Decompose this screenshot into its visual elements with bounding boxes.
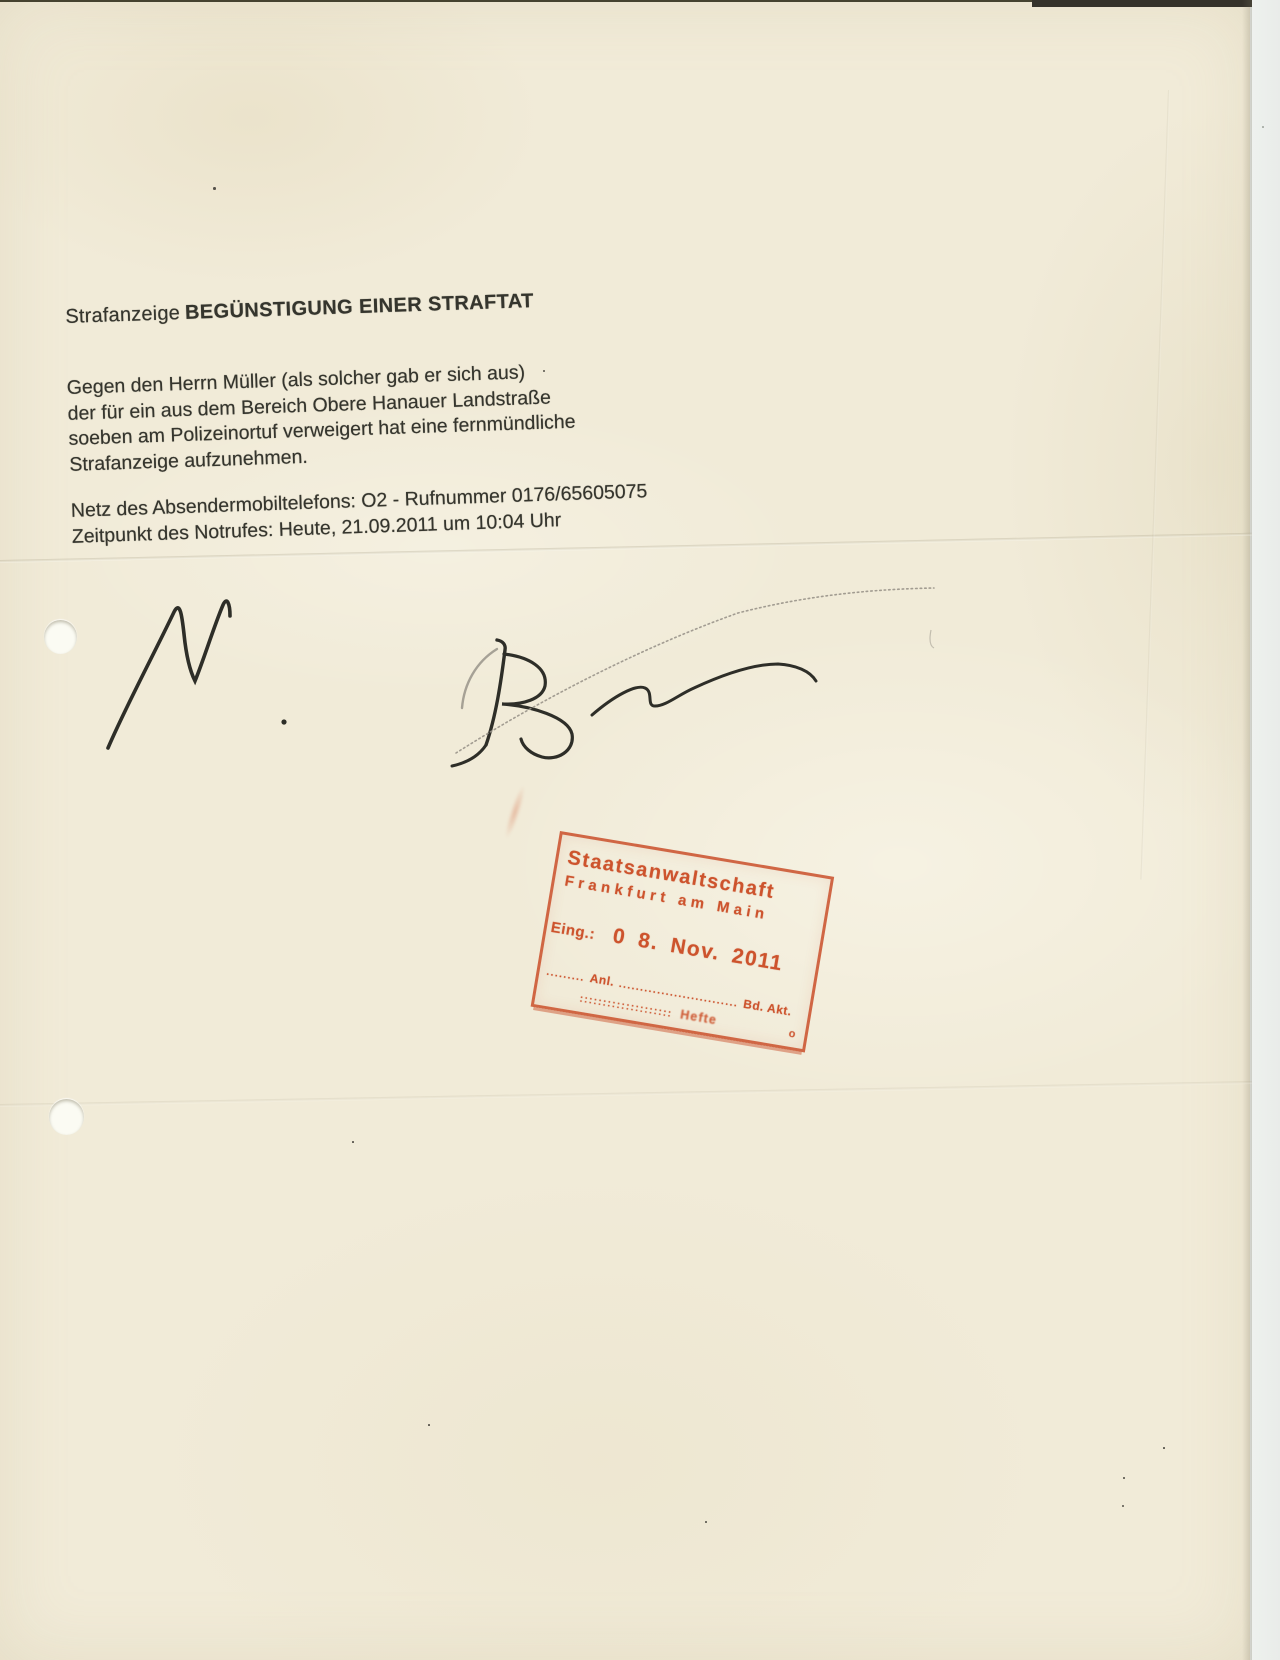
- typed-text-block: StrafanzeigeBEGÜNSTIGUNG EINER STRAFTAT …: [64, 280, 832, 550]
- stamp-anl-dots-left: .........: [546, 966, 586, 984]
- stamp-hefte-label: Hefte: [679, 1007, 718, 1027]
- paper-sheet: [0, 2, 1250, 1660]
- stamp-bd-akt-label: Bd. Akt.: [742, 997, 793, 1019]
- stamp-hefte-suffix: o: [788, 1028, 798, 1041]
- body-paragraph: Gegen den Herrn Müller (als solcher gab …: [66, 350, 829, 478]
- stamp-received-date: 0 8. Nov. 2011: [611, 924, 785, 975]
- title-prefix: Strafanzeige: [65, 302, 180, 328]
- scanned-page: StrafanzeigeBEGÜNSTIGUNG EINER STRAFTAT …: [0, 0, 1280, 1660]
- paper-speck: [705, 1521, 707, 1523]
- scanner-background-strip: [1252, 0, 1280, 1660]
- punch-hole-top: [44, 620, 77, 654]
- punch-hole-bottom: [49, 1099, 84, 1135]
- paper-speck: [428, 1424, 430, 1426]
- stamp-anl-label: Anl.: [589, 971, 616, 989]
- paper-speck: [352, 1141, 354, 1143]
- stamp-date-row: Eing.:0 8. Nov. 2011: [549, 914, 785, 976]
- stamp-received-label: Eing.:: [550, 919, 597, 943]
- paper-speck: [1123, 1477, 1125, 1479]
- paper-right-edge-shadow: [1242, 0, 1252, 1660]
- paper-speck: [213, 187, 216, 190]
- scan-top-edge-right: [1032, 0, 1255, 7]
- paper-speck: [1262, 126, 1264, 128]
- paper-speck: [1163, 1447, 1165, 1449]
